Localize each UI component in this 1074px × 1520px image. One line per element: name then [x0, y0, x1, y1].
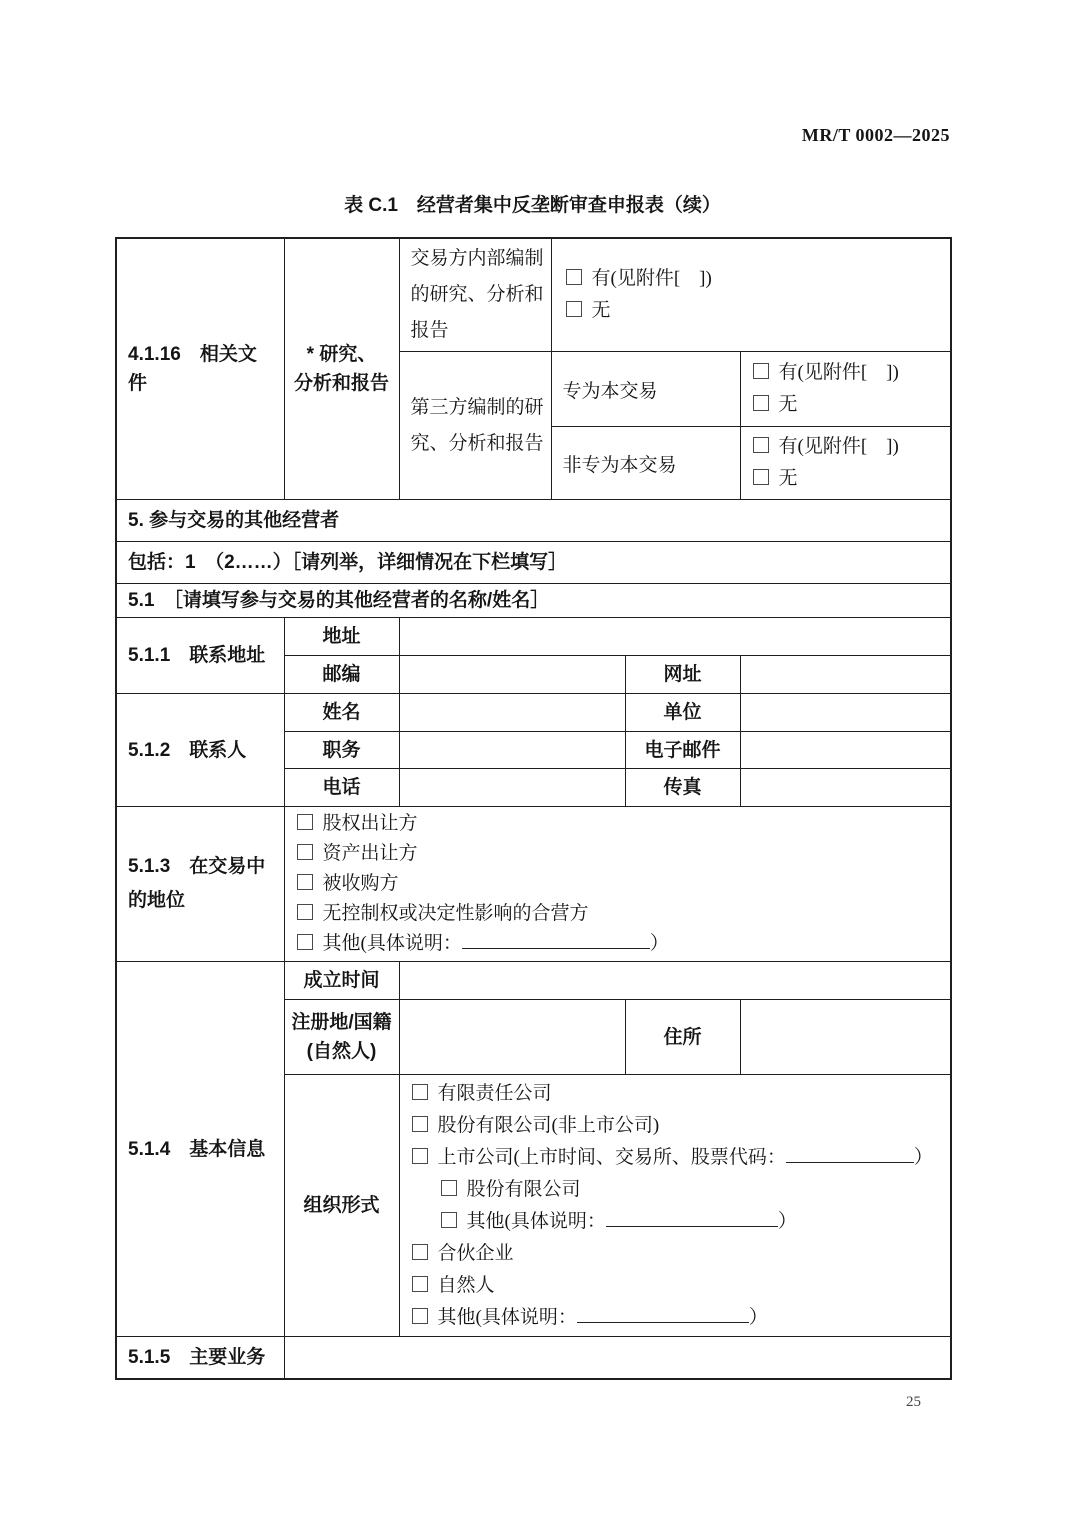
blank-line [462, 932, 650, 949]
checkbox-icon [412, 1244, 428, 1260]
input-cell-position [399, 732, 625, 769]
option-natural-person: 自然人 [438, 1275, 495, 1296]
blank-line [606, 1210, 778, 1227]
input-cell-phone [399, 769, 625, 807]
field-position-label: 职务 [284, 732, 399, 769]
option-jv-no-control: 无控制权或决定性影响的合营方 [323, 903, 589, 924]
input-cell-unit [740, 694, 951, 732]
cell-513-options: 股权出让方 资产出让方 被收购方 无控制权或决定性影响的合营方 其他(具体说明：… [284, 807, 951, 962]
option-acquired-party: 被收购方 [323, 873, 399, 894]
checkbox-icon [297, 874, 313, 890]
field-established-label: 成立时间 [284, 962, 399, 1000]
checkbox-icon [566, 269, 582, 285]
option-llc: 有限责任公司 [438, 1083, 552, 1104]
blank-line [577, 1306, 749, 1323]
option-listed-suffix: ） [914, 1147, 933, 1168]
checkbox-icon [297, 814, 313, 830]
option-listed-other-prefix: 其他(具体说明： [467, 1211, 606, 1232]
checkbox-icon [753, 395, 769, 411]
input-cell-website [740, 656, 951, 694]
cell-thirdparty-reports: 第三方编制的研究、分析和报告 [399, 352, 551, 500]
declaration-form-table: 4.1.16 相关文件 * 研究、 分析和报告 交易方内部编制的研究、分析和报告… [115, 237, 952, 1380]
section-5-heading: 5. 参与交易的其他经营者 [116, 500, 951, 542]
standard-number: MR/T 0002—2025 [802, 125, 950, 146]
checkbox-icon [753, 469, 769, 485]
option-other-suffix: ） [749, 1307, 768, 1328]
checkbox-icon [412, 1084, 428, 1100]
document-page: MR/T 0002—2025 表 C.1 经营者集中反垄断审查申报表（续） 4.… [0, 0, 1074, 1520]
cell-for-deal-yes-no: 有(见附件[ ]) 无 [740, 352, 951, 427]
cell-514-label: 5.1.4 基本信息 [116, 962, 284, 1337]
checkbox-icon [297, 844, 313, 860]
input-cell-established [399, 962, 951, 1000]
cell-research-reports-label: * 研究、 分析和报告 [284, 238, 399, 500]
option-other-suffix: ） [650, 933, 669, 954]
option-listed-jsc: 股份有限公司 [467, 1179, 581, 1200]
input-cell-name [399, 694, 625, 732]
field-unit-label: 单位 [625, 694, 740, 732]
cell-internal-yes-no: 有(见附件[ ]) 无 [551, 238, 951, 352]
research-label-line1: * 研究、 [293, 340, 391, 369]
checkbox-icon [441, 1180, 457, 1196]
cell-not-for-this-deal: 非专为本交易 [551, 427, 740, 500]
option-yes-attachment: 有(见附件[ ]) [592, 268, 712, 289]
option-other-prefix: 其他(具体说明： [323, 933, 462, 954]
input-cell-fax [740, 769, 951, 807]
checkbox-icon [297, 934, 313, 950]
field-email-label: 电子邮件 [625, 732, 740, 769]
option-jsc-unlisted: 股份有限公司(非上市公司) [438, 1115, 660, 1136]
field-fax-label: 传真 [625, 769, 740, 807]
field-phone-label: 电话 [284, 769, 399, 807]
option-no: 无 [779, 468, 798, 489]
option-no: 无 [779, 394, 798, 415]
cell-for-this-deal: 专为本交易 [551, 352, 740, 427]
option-equity-transferor: 股权出让方 [323, 813, 418, 834]
blank-line [786, 1146, 914, 1163]
input-cell-address [399, 618, 951, 656]
section-5-include-note: 包括：1 （2……）［请列举，详细情况在下栏填写］ [116, 542, 951, 584]
checkbox-icon [566, 301, 582, 317]
field-registration-label: 注册地/国籍(自然人) [284, 1000, 399, 1075]
checkbox-icon [412, 1276, 428, 1292]
option-other-prefix: 其他(具体说明： [438, 1307, 577, 1328]
cell-4116-label: 4.1.16 相关文件 [116, 238, 284, 500]
input-cell-registration [399, 1000, 625, 1075]
option-listed-other-suffix: ） [778, 1211, 797, 1232]
cell-not-for-deal-yes-no: 有(见附件[ ]) 无 [740, 427, 951, 500]
option-yes-attachment: 有(见附件[ ]) [779, 436, 899, 457]
table-title: 表 C.1 经营者集中反垄断审查申报表（续） [115, 190, 950, 217]
cell-org-form-options: 有限责任公司 股份有限公司(非上市公司) 上市公司(上市时间、交易所、股票代码：… [399, 1075, 951, 1337]
checkbox-icon [412, 1148, 428, 1164]
field-address-label: 地址 [284, 618, 399, 656]
checkbox-icon [753, 363, 769, 379]
checkbox-icon [412, 1308, 428, 1324]
option-partnership: 合伙企业 [438, 1243, 514, 1264]
cell-511-label: 5.1.1 联系地址 [116, 618, 284, 694]
field-postcode-label: 邮编 [284, 656, 399, 694]
input-cell-postcode [399, 656, 625, 694]
section-5-1-heading: 5.1 ［请填写参与交易的其他经营者的名称/姓名］ [116, 584, 951, 618]
option-no: 无 [592, 300, 611, 321]
checkbox-icon [753, 437, 769, 453]
input-cell-email [740, 732, 951, 769]
cell-515-label: 5.1.5 主要业务 [116, 1337, 284, 1379]
cell-513-label: 5.1.3 在交易中的地位 [116, 807, 284, 962]
checkbox-icon [297, 904, 313, 920]
field-residence-label: 住所 [625, 1000, 740, 1075]
field-website-label: 网址 [625, 656, 740, 694]
option-listed-prefix: 上市公司(上市时间、交易所、股票代码： [438, 1147, 786, 1168]
input-cell-residence [740, 1000, 951, 1075]
option-yes-attachment: 有(见附件[ ]) [779, 362, 899, 383]
cell-internal-reports: 交易方内部编制的研究、分析和报告 [399, 238, 551, 352]
page-number: 25 [906, 1394, 921, 1411]
research-label-line2: 分析和报告 [293, 369, 391, 398]
checkbox-icon [441, 1212, 457, 1228]
input-cell-main-business [284, 1337, 951, 1379]
cell-512-label: 5.1.2 联系人 [116, 694, 284, 807]
field-org-form-label: 组织形式 [284, 1075, 399, 1337]
option-asset-transferor: 资产出让方 [323, 843, 418, 864]
checkbox-icon [412, 1116, 428, 1132]
field-name-label: 姓名 [284, 694, 399, 732]
